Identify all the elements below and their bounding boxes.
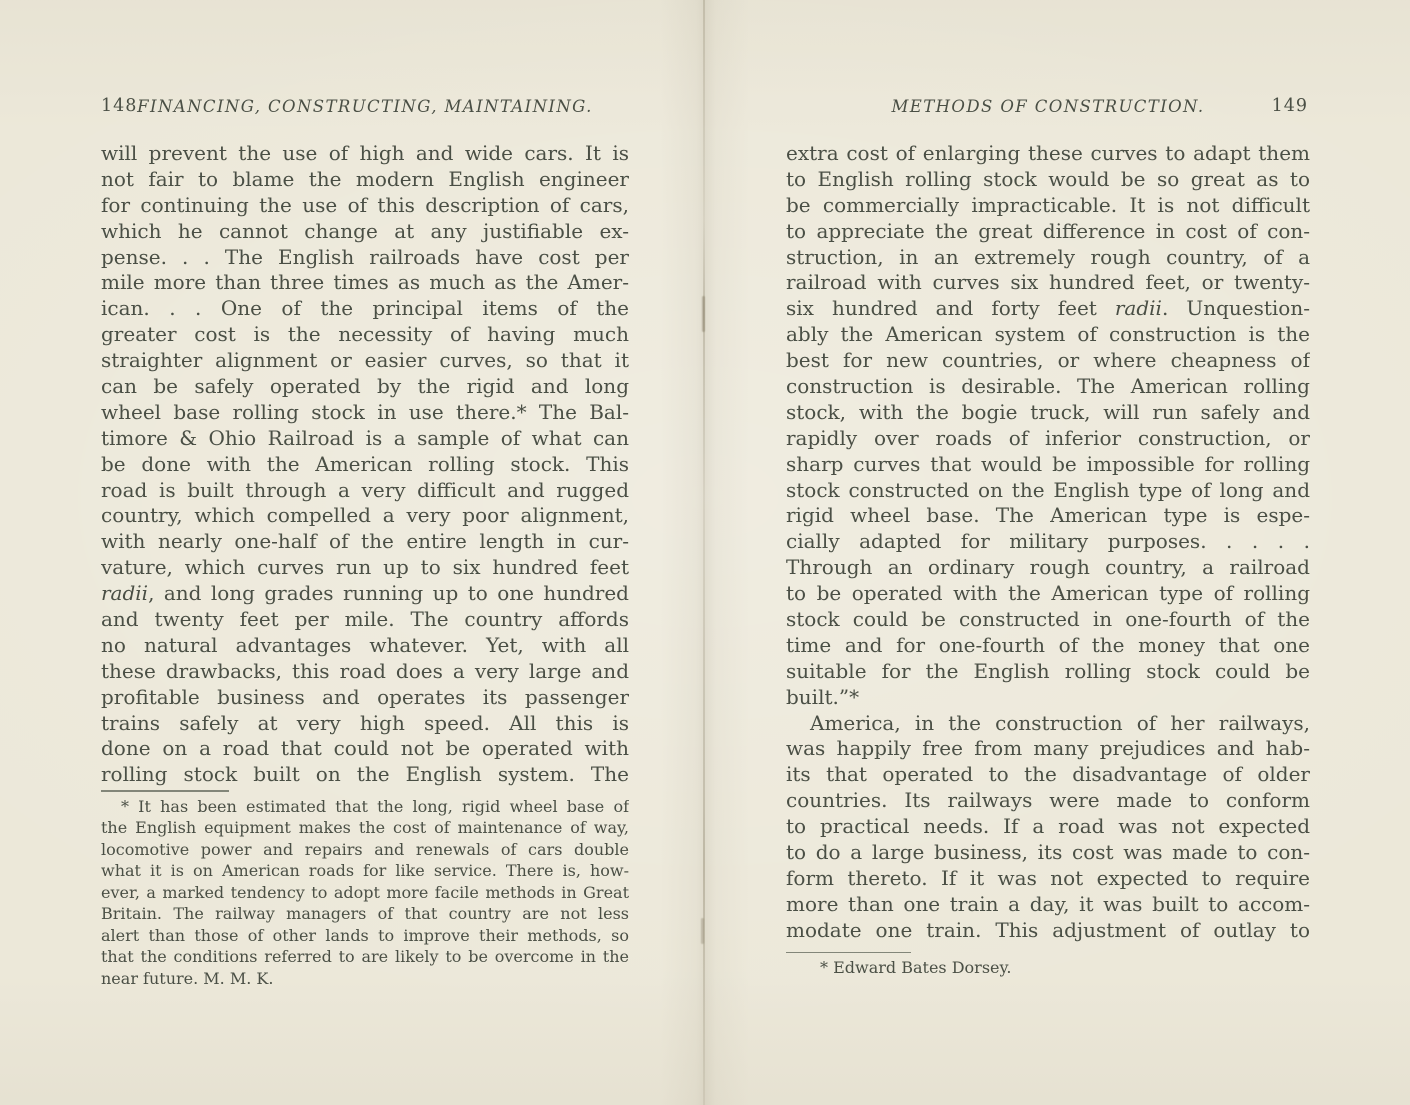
text-line: Britain. The railway managers of that co… (101, 903, 629, 925)
text-line: with nearly one-half of the entire lengt… (101, 529, 629, 555)
text-line: America, in the construction of her rail… (786, 711, 1310, 737)
text-line: which he cannot change at any justifiabl… (101, 219, 629, 245)
text-line: trains safely at very high speed. All th… (101, 711, 629, 737)
text-line: to do a large business, its cost was mad… (786, 840, 1310, 866)
text-line: and twenty feet per mile. The country af… (101, 607, 629, 633)
text-line: rapidly over roads of inferior construct… (786, 426, 1310, 452)
book-scan: 148 FINANCING, CONSTRUCTING, MAINTAINING… (0, 0, 1410, 1105)
text-line: wheel base rolling stock in use there.* … (101, 400, 629, 426)
right-footnote-rule (786, 952, 911, 954)
text-line: countries. Its railways were made to con… (786, 788, 1310, 814)
text-line: can be safely operated by the rigid and … (101, 374, 629, 400)
text-line: done on a road that could not be operate… (101, 736, 629, 762)
text-line: road is built through a very difficult a… (101, 478, 629, 504)
right-page: METHODS OF CONSTRUCTION. 149 extra cost … (786, 96, 1310, 979)
text-line: will prevent the use of high and wide ca… (101, 141, 629, 167)
text-line: timore & Ohio Railroad is a sample of wh… (101, 426, 629, 452)
text-line: * It has been estimated that the long, r… (101, 796, 629, 818)
text-line: rolling stock built on the English syste… (101, 762, 629, 788)
text-line: stock, with the bogie truck, will run sa… (786, 400, 1310, 426)
text-line: to practical needs. If a road was not ex… (786, 814, 1310, 840)
left-page-body: will prevent the use of high and wide ca… (101, 141, 629, 788)
text-line: * Edward Bates Dorsey. (786, 957, 1310, 979)
text-line: stock constructed on the English type of… (786, 478, 1310, 504)
text-line: radii, and long grades running up to one… (101, 581, 629, 607)
text-line: what it is on American roads for like se… (101, 860, 629, 882)
text-line: for continuing the use of this descripti… (101, 193, 629, 219)
left-page-footnote: * It has been estimated that the long, r… (101, 796, 629, 990)
text-line: more than one train a day, it was built … (786, 892, 1310, 918)
book-gutter-shadow (660, 0, 750, 1105)
text-line: sharp curves that would be impossible fo… (786, 452, 1310, 478)
text-line: alert than those of other lands to impro… (101, 925, 629, 947)
text-line: construction is desirable. The American … (786, 374, 1310, 400)
text-line: built.”* (786, 685, 1310, 711)
text-line: its that operated to the disadvantage of… (786, 762, 1310, 788)
text-line: ever, a marked tendency to adopt more fa… (101, 882, 629, 904)
text-line: near future. M. M. K. (101, 968, 629, 990)
text-line: mile more than three times as much as th… (101, 270, 629, 296)
text-line: modate one train. This adjustment of out… (786, 918, 1310, 944)
left-footnote-rule (101, 790, 229, 792)
left-running-head: 148 FINANCING, CONSTRUCTING, MAINTAINING… (101, 96, 629, 141)
text-line: cially adapted for military purposes. . … (786, 529, 1310, 555)
text-line: profitable business and operates its pas… (101, 685, 629, 711)
text-line: best for new countries, or where cheapne… (786, 348, 1310, 374)
text-line: time and for one-fourth of the money tha… (786, 633, 1310, 659)
text-line: these drawbacks, this road does a very l… (101, 659, 629, 685)
text-line: was happily free from many prejudices an… (786, 736, 1310, 762)
text-line: to be operated with the American type of… (786, 581, 1310, 607)
right-page-footnote: * Edward Bates Dorsey. (786, 957, 1310, 979)
text-line: greater cost is the necessity of having … (101, 322, 629, 348)
gutter-ink-smudge (701, 918, 704, 944)
text-line: be commercially impracticable. It is not… (786, 193, 1310, 219)
text-line: be done with the American rolling stock.… (101, 452, 629, 478)
text-line: not fair to blame the modern English eng… (101, 167, 629, 193)
text-line: to English rolling stock would be so gre… (786, 167, 1310, 193)
text-line: railroad with curves six hundred feet, o… (786, 270, 1310, 296)
text-line: suitable for the English rolling stock c… (786, 659, 1310, 685)
left-running-title: FINANCING, CONSTRUCTING, MAINTAINING. (101, 97, 629, 116)
gutter-ink-smudge (702, 296, 705, 332)
text-line: that the conditions referred to are like… (101, 946, 629, 968)
left-page: 148 FINANCING, CONSTRUCTING, MAINTAINING… (101, 96, 629, 989)
text-line: to appreciate the great difference in co… (786, 219, 1310, 245)
text-line: vature, which curves run up to six hundr… (101, 555, 629, 581)
text-line: form thereto. If it was not expected to … (786, 866, 1310, 892)
text-line: ably the American system of construction… (786, 322, 1310, 348)
text-line: Through an ordinary rough country, a rai… (786, 555, 1310, 581)
right-page-body: extra cost of enlarging these curves to … (786, 141, 1310, 944)
text-line: the English equipment makes the cost of … (101, 817, 629, 839)
text-line: struction, in an extremely rough country… (786, 245, 1310, 271)
text-line: pense. . . The English railroads have co… (101, 245, 629, 271)
text-line: six hundred and forty feet radii. Unques… (786, 296, 1310, 322)
right-running-head: METHODS OF CONSTRUCTION. 149 (786, 96, 1310, 141)
text-line: no natural advantages whatever. Yet, wit… (101, 633, 629, 659)
text-line: extra cost of enlarging these curves to … (786, 141, 1310, 167)
text-line: straighter alignment or easier curves, s… (101, 348, 629, 374)
text-line: stock could be constructed in one-fourth… (786, 607, 1310, 633)
text-line: locomotive power and repairs and renewal… (101, 839, 629, 861)
text-line: ican. . . One of the principal items of … (101, 296, 629, 322)
text-line: country, which compelled a very poor ali… (101, 503, 629, 529)
text-line: rigid wheel base. The American type is e… (786, 503, 1310, 529)
right-page-number: 149 (1272, 96, 1308, 116)
right-running-title: METHODS OF CONSTRUCTION. (786, 97, 1310, 116)
